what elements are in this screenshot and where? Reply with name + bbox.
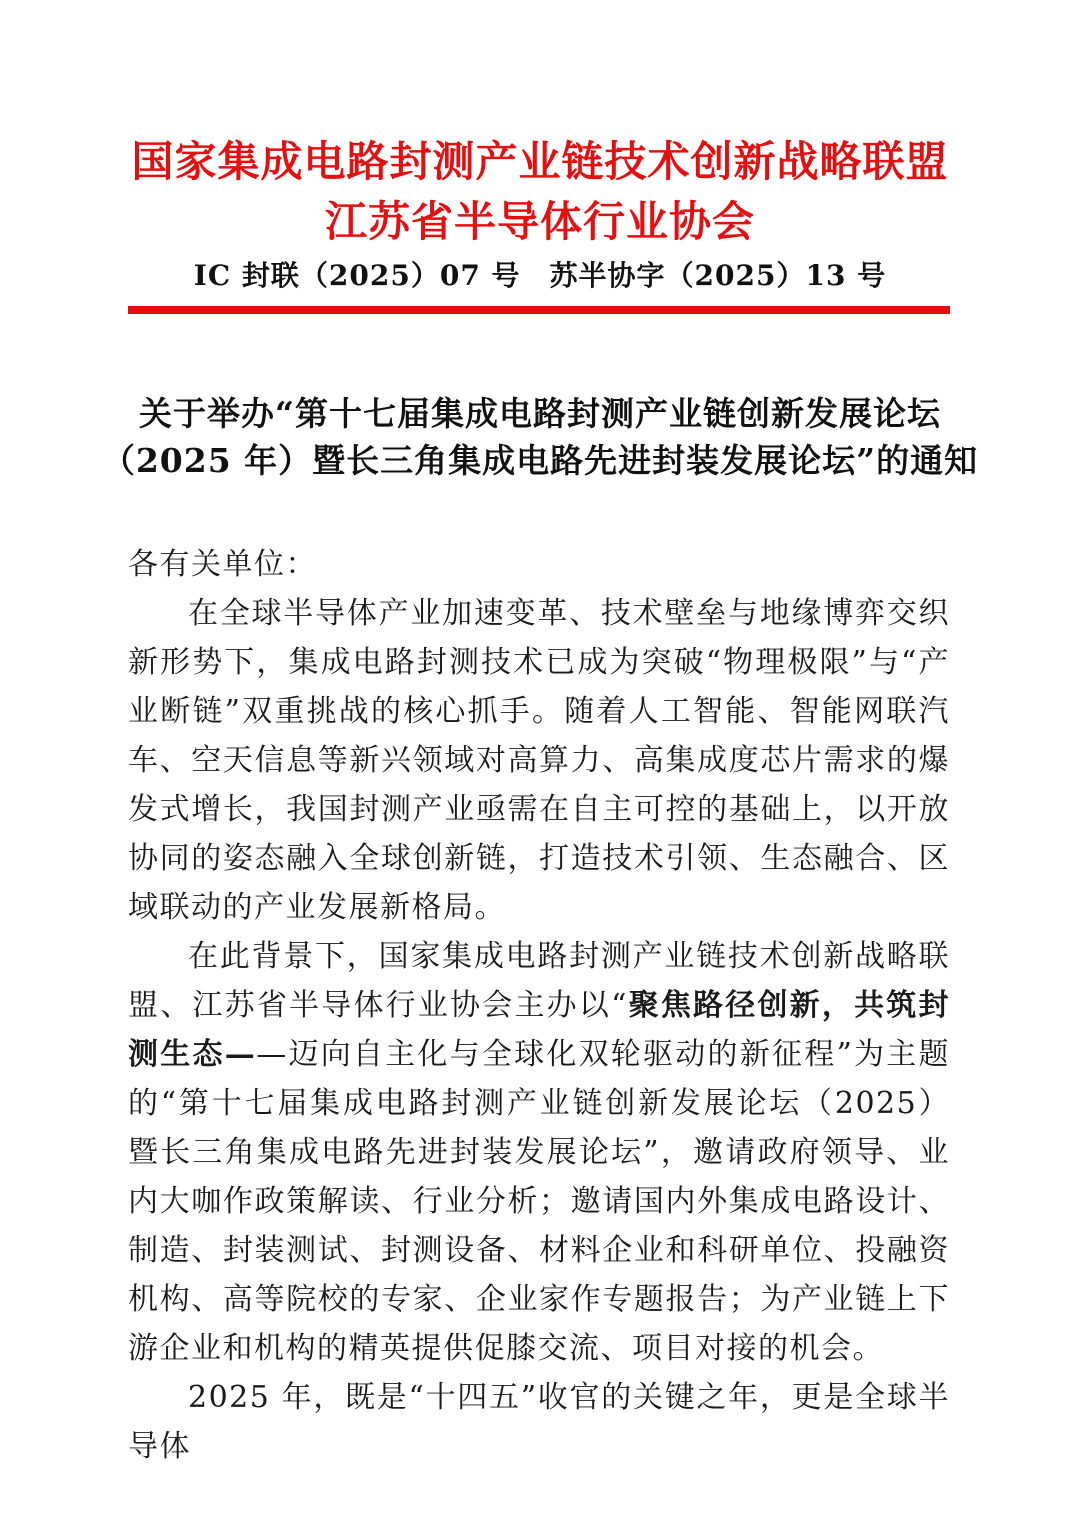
org-name-secondary: 江苏省半导体行业协会 — [0, 192, 1080, 252]
paragraph-industry-context: 在全球半导体产业加速变革、技术壁垒与地缘博弈交织新形势下，集成电路封测技术已成为… — [128, 589, 950, 932]
red-divider-rule — [128, 306, 950, 314]
notice-title-line1: 关于举办“第十七届集成电路封测产业链创新发展论坛 — [0, 390, 1080, 437]
doc-number-line: IC 封联（2025）07 号 苏半协字（2025）13 号 — [0, 260, 1080, 292]
letterhead: 国家集成电路封测产业链技术创新战略联盟 江苏省半导体行业协会 — [0, 0, 1080, 252]
salutation-text: 各有关单位： — [128, 540, 950, 589]
forum-announcement-rest: —迈向自主化与全球化双轮驱动的新征程”为主题的“第十七届集成电路封测产业链创新发… — [128, 1037, 950, 1366]
notice-title: 关于举办“第十七届集成电路封测产业链创新发展论坛 （2025 年）暨长三角集成电… — [0, 390, 1080, 484]
paragraph-forum-announcement: 在此背景下，国家集成电路封测产业链技术创新战略联盟、江苏省半导体行业协会主办以“… — [128, 932, 950, 1373]
paragraph-2025-outlook: 2025 年，既是“十四五”收官的关键之年，更是全球半导体 — [128, 1373, 950, 1471]
document-page: 国家集成电路封测产业链技术创新战略联盟 江苏省半导体行业协会 IC 封联（202… — [0, 0, 1080, 1528]
notice-body: 各有关单位： 在全球半导体产业加速变革、技术壁垒与地缘博弈交织新形势下，集成电路… — [128, 540, 950, 1471]
org-name-primary: 国家集成电路封测产业链技术创新战略联盟 — [0, 132, 1080, 192]
notice-title-line2: （2025 年）暨长三角集成电路先进封装发展论坛”的通知 — [0, 437, 1080, 484]
